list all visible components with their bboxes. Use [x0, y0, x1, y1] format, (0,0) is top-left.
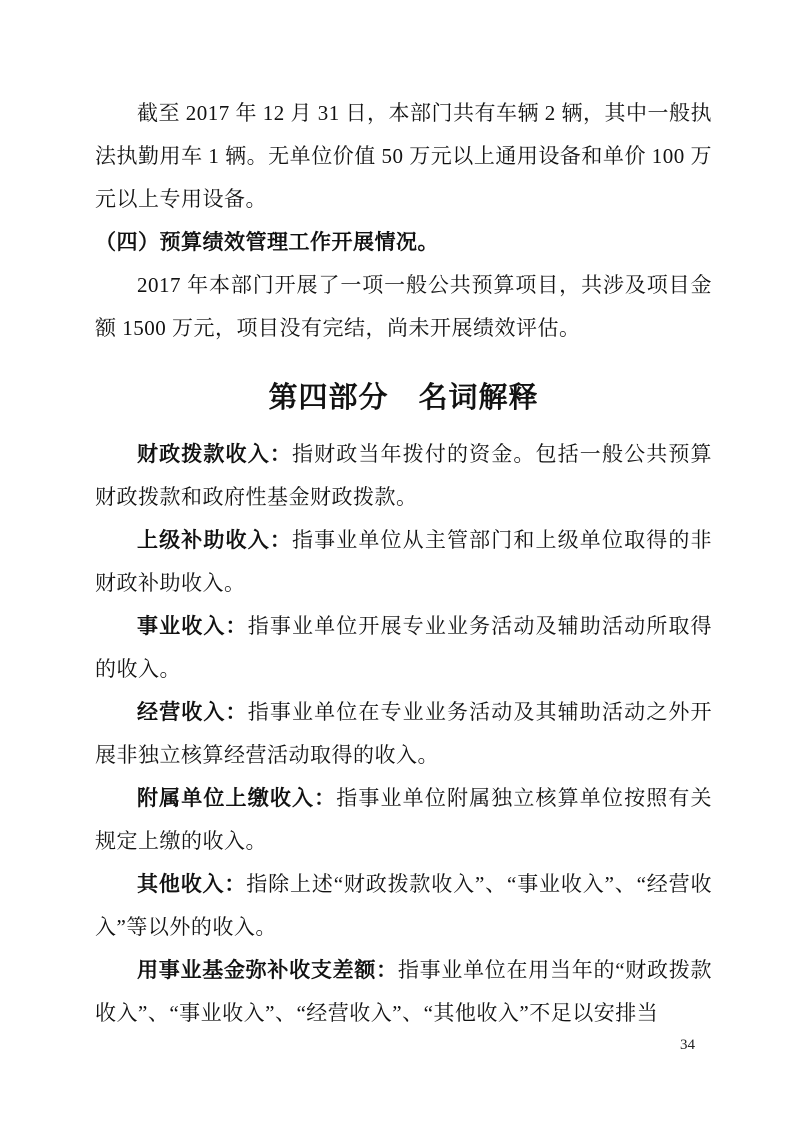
term-definition-other-income: 其他收入：指除上述“财政拨款收入”、“事业收入”、“经营收入”等以外的收入。: [95, 863, 712, 949]
term-label: 经营收入：: [137, 700, 248, 724]
term-definition-institutional-income: 事业收入：指事业单位开展专业业务活动及辅助活动所取得的收入。: [95, 605, 712, 691]
page-number: 34: [680, 1036, 695, 1054]
term-definition-superior-subsidy: 上级补助收入：指事业单位从主管部门和上级单位取得的非财政补助收入。: [95, 519, 712, 605]
document-content: 截至 2017 年 12 月 31 日，本部门共有车辆 2 辆，其中一般执法执勤…: [95, 92, 712, 1035]
subsection-heading-performance: （四）预算绩效管理工作开展情况。: [95, 221, 712, 264]
term-label: 附属单位上缴收入：: [137, 786, 336, 810]
term-label: 事业收入：: [137, 614, 248, 638]
term-label: 用事业基金弥补收支差额：: [137, 958, 398, 982]
section-heading-glossary: 第四部分 名词解释: [95, 375, 712, 421]
term-label: 财政拨款收入：: [137, 442, 292, 466]
term-definition-fund-deficit-coverage: 用事业基金弥补收支差额：指事业单位在用当年的“财政拨款收入”、“事业收入”、“经…: [95, 949, 712, 1035]
term-definition-affiliated-unit-remittance: 附属单位上缴收入：指事业单位附属独立核算单位按照有关规定上缴的收入。: [95, 777, 712, 863]
term-definition-operating-income: 经营收入：指事业单位在专业业务活动及其辅助活动之外开展非独立核算经营活动取得的收…: [95, 691, 712, 777]
term-label: 其他收入：: [137, 872, 246, 896]
term-label: 上级补助收入：: [137, 528, 292, 552]
paragraph-performance-management: 2017 年本部门开展了一项一般公共预算项目，共涉及项目金额 1500 万元，项…: [95, 264, 712, 350]
document-page: 截至 2017 年 12 月 31 日，本部门共有车辆 2 辆，其中一般执法执勤…: [0, 0, 793, 1122]
paragraph-vehicle-assets: 截至 2017 年 12 月 31 日，本部门共有车辆 2 辆，其中一般执法执勤…: [95, 92, 712, 221]
term-definition-fiscal-appropriation: 财政拨款收入：指财政当年拨付的资金。包括一般公共预算财政拨款和政府性基金财政拨款…: [95, 433, 712, 519]
